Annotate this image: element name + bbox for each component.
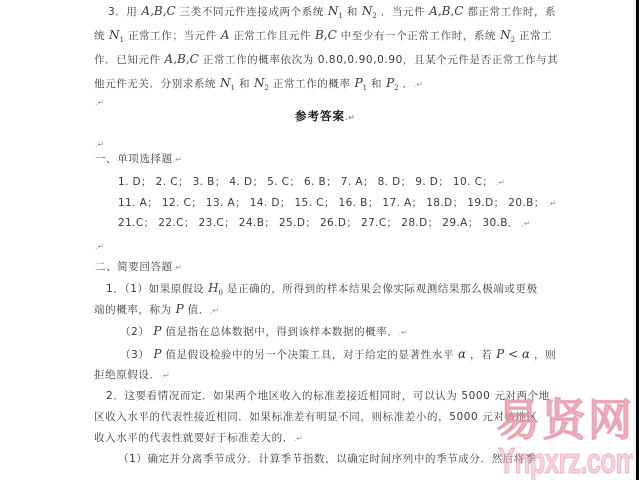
text: 区收入水平的代表性接近相同．如果标准差有明显不同，则标准差小的，5000 元对该… [94, 411, 538, 423]
text: N [328, 4, 339, 18]
math-H0: H0 [208, 281, 223, 295]
text: 端的概率，称为 [94, 304, 176, 316]
text: 收入水平的代表性就要好于标准差大的． [94, 432, 294, 444]
text: ，则 [530, 349, 556, 361]
text: 作．已知元件 [94, 54, 165, 66]
text: P [386, 76, 394, 90]
paragraph-mark: .↵ [294, 434, 303, 443]
section1-heading: 一、单项选择题.↵ [95, 152, 182, 167]
text: （3） [120, 349, 153, 361]
paragraph-mark: .↵ [399, 328, 408, 337]
paragraph-mark: .↵ [95, 138, 104, 152]
q2-line1: 2．这要看情况而定．如果两个地区收入的标准差接近相同时，可以认为 5000 元对… [106, 389, 550, 403]
text: N [109, 28, 120, 42]
answer-row-2: 11. A； 12. C； 13. A； 14. D； 15. C； 16. B… [118, 196, 556, 211]
problem3-line3: 作．已知元件 A,B,C 正常工作的概率依次为 0.80,0.90,0.90，且… [94, 52, 558, 67]
document-page: 3．用 A,B,C 三类不同元件连接成两个系统 N1 和 N2 ．当元件 A,B… [0, 0, 636, 480]
math-bc: B,C [315, 28, 337, 42]
paragraph-mark: .↵ [95, 240, 104, 254]
text: 值． [184, 304, 210, 316]
text: （2） [120, 326, 153, 338]
math-P: P [153, 324, 161, 338]
text: 21.C； 22.C； 23.C； 24.B； 25.D； 26.D； 27.C… [118, 217, 519, 229]
math-N1: N1 [109, 28, 124, 42]
math-abc: A,B,C [429, 4, 463, 18]
paragraph-mark: .↵ [210, 306, 219, 315]
text: （1）确定并分离季节成分．计算季节指数，以确定时间序列中的季节成分．然后将季 [118, 453, 536, 465]
text: 和 [235, 78, 254, 90]
text: 3．用 [108, 6, 141, 18]
section2-heading: 二、简要回答题.↵ [95, 260, 182, 275]
text: N [362, 4, 373, 18]
text: 中至少有一个正常工作时，系统 [337, 30, 500, 42]
q1-line1: 1．（1）如果原假设 H0 是正确的，所得到的样本结果会像实际观测结果那么极端或… [106, 281, 538, 300]
text: 1．（1）如果原假设 [106, 283, 208, 295]
problem3-line2: 统 N1 正常工作；当元件 A 正常工作且元件 B,C 中至少有一个正常工作时，… [94, 28, 552, 47]
math-p-less-alpha: P < α [496, 347, 530, 361]
text: 2．这要看情况而定．如果两个地区收入的标准差接近相同时，可以认为 5000 元对… [106, 390, 550, 402]
paragraph-mark: .↵ [545, 199, 557, 208]
text: 11. A； 12. C； 13. A； 14. D； 15. C； 16. B… [118, 197, 545, 209]
text: 和 [367, 78, 386, 90]
q2-line3: 收入水平的代表性就要好于标准差大的．.↵ [94, 431, 303, 446]
text: 和 [343, 6, 362, 18]
text: ． [399, 78, 414, 90]
q3-line1: （1）确定并分离季节成分．计算季节指数，以确定时间序列中的季节成分．然后将季 [118, 452, 536, 466]
q1-part2: （2） P 值是指在总体数据中，得到该样本数据的概率．.↵ [120, 324, 408, 340]
text: N [254, 76, 265, 90]
math-N2: N2 [254, 76, 269, 90]
paragraph-mark: .↵ [173, 155, 182, 164]
math-alpha: α [458, 347, 466, 361]
text: 正常工 [515, 30, 552, 42]
paragraph-mark: .↵ [519, 219, 531, 228]
text: P [355, 76, 363, 90]
math-N1: N1 [220, 76, 235, 90]
math-P2: P2 [386, 76, 399, 90]
math-P: P [153, 347, 161, 361]
text: 一、单项选择题 [95, 153, 173, 165]
text: ，若 [466, 349, 496, 361]
text: 正常工作；当元件 [124, 30, 221, 42]
math-N2: N2 [362, 4, 377, 18]
text: 都正常工作时，系 [463, 6, 556, 18]
answer-row-3: 21.C； 22.C； 23.C； 24.B； 25.D； 26.D； 27.C… [118, 216, 531, 231]
text: 拒绝原假设． [94, 369, 161, 381]
answer-title: 参考答案.↵ [295, 108, 355, 124]
text: 统 [94, 30, 109, 42]
math-P: P [176, 302, 184, 316]
paragraph-mark: .↵ [173, 263, 182, 272]
text: 他元件无关．分别求系统 [94, 78, 220, 90]
text: H [208, 281, 218, 295]
paragraph-mark: .↵ [95, 96, 104, 110]
text: 1. D； 2. C； 3. B； 4. D； 5. C； 6. B； 7. A… [118, 176, 493, 188]
text: 正常工作且元件 [229, 30, 315, 42]
q1-part3-line2: 拒绝原假设．.↵ [94, 368, 170, 383]
math-N2: N2 [500, 28, 515, 42]
text: 是正确的，所得到的样本结果会像实际观测结果那么极端或更极 [223, 283, 538, 295]
text: 参考答案 [295, 109, 345, 123]
text: N [500, 28, 511, 42]
paragraph-mark: .↵ [161, 371, 170, 380]
paragraph-mark: .↵ [345, 113, 355, 122]
problem3-line1: 3．用 A,B,C 三类不同元件连接成两个系统 N1 和 N2 ．当元件 A,B… [108, 4, 556, 23]
text: 值是假设检验中的另一个决策工具，对于给定的显著性水平 [162, 349, 458, 361]
text: 正常工作的概率依次为 0.80,0.90,0.90，且某个元件是否正常工作与其 [199, 54, 559, 66]
text: 值是指在总体数据中，得到该样本数据的概率． [162, 326, 399, 338]
problem3-line4: 他元件无关．分别求系统 N1 和 N2 正常工作的概率 P1 和 P2 ．.↵ [94, 76, 423, 95]
math-abc: A,B,C [141, 4, 175, 18]
math-N1: N1 [328, 4, 343, 18]
paragraph-mark: .↵ [414, 80, 423, 89]
q2-line2: 区收入水平的代表性接近相同．如果标准差有明显不同，则标准差小的，5000 元对该… [94, 410, 538, 424]
q1-part3-line1: （3） P 值是假设检验中的另一个决策工具，对于给定的显著性水平 α ，若 P … [120, 347, 556, 362]
q1-line2: 端的概率，称为 P 值．.↵ [94, 302, 219, 318]
text: N [220, 76, 231, 90]
text: 二、简要回答题 [95, 261, 173, 273]
math-P1: P1 [355, 76, 368, 90]
text: 三类不同元件连接成两个系统 [176, 6, 328, 18]
text: 正常工作的概率 [269, 78, 355, 90]
text: ．当元件 [377, 6, 429, 18]
math-abc: A,B,C [165, 52, 199, 66]
paragraph-mark: .↵ [493, 178, 505, 187]
answer-row-1: 1. D； 2. C； 3. B； 4. D； 5. C； 6. B； 7. A… [118, 175, 505, 190]
